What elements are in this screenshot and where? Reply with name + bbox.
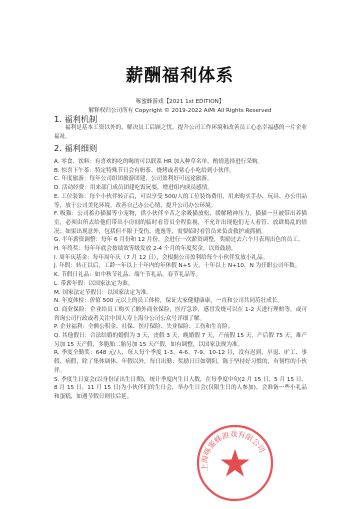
list-item: F. 吸猫：公司蓄办猫猫等小宠物，供小伙伴辛苦之余吸猫放松，缓解精神压力，猫猫一… (54, 210, 307, 236)
list-item: R. 季度全勤奖：648 元/人，每人每个季度 1-3、4-6、7-9、10-1… (54, 349, 307, 375)
list-item: K. 节假日礼品：如中秋节礼品、端午节礼品、春节礼品等。 (54, 271, 307, 280)
copyright-line: 解释权归公司所有 Copyright © 2019-2022 AiMi All … (0, 106, 360, 114)
list-item: B. 惊喜下午茶：特定特殊节日会有奶茶、烧烤或者鲨心小吃给到小伙伴。 (54, 167, 307, 176)
list-item: P. 企业福利：全额公积金、社保、医疗保险、失业保险、工伤和生育险。 (54, 323, 307, 332)
list-item: L. 带薪年假：以国家法定为准。 (54, 280, 307, 289)
list-item: J. 年假：转正以后，工龄一年以上十年内的年休假 N+5 天，十年以上 N+10… (54, 262, 307, 271)
list-item: O. 商业保险：企业给员工购买了额外商业保险，医疗急诊，感冒发烧可以在 1-2 … (54, 306, 307, 323)
benefit-items-list: A. 零食、饮料：有喜欢的吃的喝的可以联系 HR 加入种草名单，酌情选择进行采购… (54, 158, 307, 402)
list-item: M. 国家法定节假日：以国家法定为准。 (54, 289, 307, 298)
list-item: S. 季度生日宴会(以身份证出生日期)，统计季度内生日人数，在每季度中旬(2 月… (54, 376, 307, 402)
company-seal-stamp-icon: 上海啄蜜蜂游戏有限公司 (195, 423, 275, 503)
document-page: 薪酬福利体系 啄蜜蜂游戏【2021 1st EDITION】 解释权归公司所有 … (0, 0, 360, 509)
mechanism-text: 福利是基本工资以外的、解决员工后顾之忧、提升公司工作环境和改善员工心态幸福感的一… (54, 125, 307, 140)
section-heading-details: 2. 福利细则 (54, 143, 97, 154)
page-title: 薪酬福利体系 (0, 61, 360, 86)
list-item: H. 年终奖：每年年底会按绩效等级发放 2-4 个月的年度奖金，以资鼓励。 (54, 245, 307, 254)
section-body-mechanism: 福利是基本工资以外的、解决员工后顾之忧、提升公司工作环境和改善员工心态幸福感的一… (54, 124, 307, 141)
list-item: G. 半年薪资调整：每年 6 月份和 12 月份，会进行一次薪资调整，奖励过去六… (54, 236, 307, 245)
list-item: N. 年度体检：价值 500 元以上的员工体检，保证大家健健康康，一直和公司共同… (54, 297, 307, 306)
list-item: Q. 其他假日：合法结婚的婚假为 3 天，丧假 3 天，晚婚假 7 天，产前假 … (54, 332, 307, 349)
list-item: E. 工位装饰：每个小伙伴转正后，可以享受 500/人的工位装饰费用，用来购买手… (54, 193, 307, 210)
list-item: C. 年度旅游：每年公司组团旅游团建，公司盈利好可远途旅游。 (54, 175, 307, 184)
list-item: D. 活动经费：用来部门成员团建吃饭玩耍，增进组内成员感情。 (54, 184, 307, 193)
list-item: A. 零食、饮料：有喜欢的吃的喝的可以联系 HR 加入种草名单，酌情选择进行采购… (54, 158, 307, 167)
list-item: I. 周年庆基金：每年周年庆（7 月 12 日），会根据公司盈利给每个小伙伴发放… (54, 254, 307, 263)
edition-line: 啄蜜蜂游戏【2021 1st EDITION】 (0, 97, 360, 105)
